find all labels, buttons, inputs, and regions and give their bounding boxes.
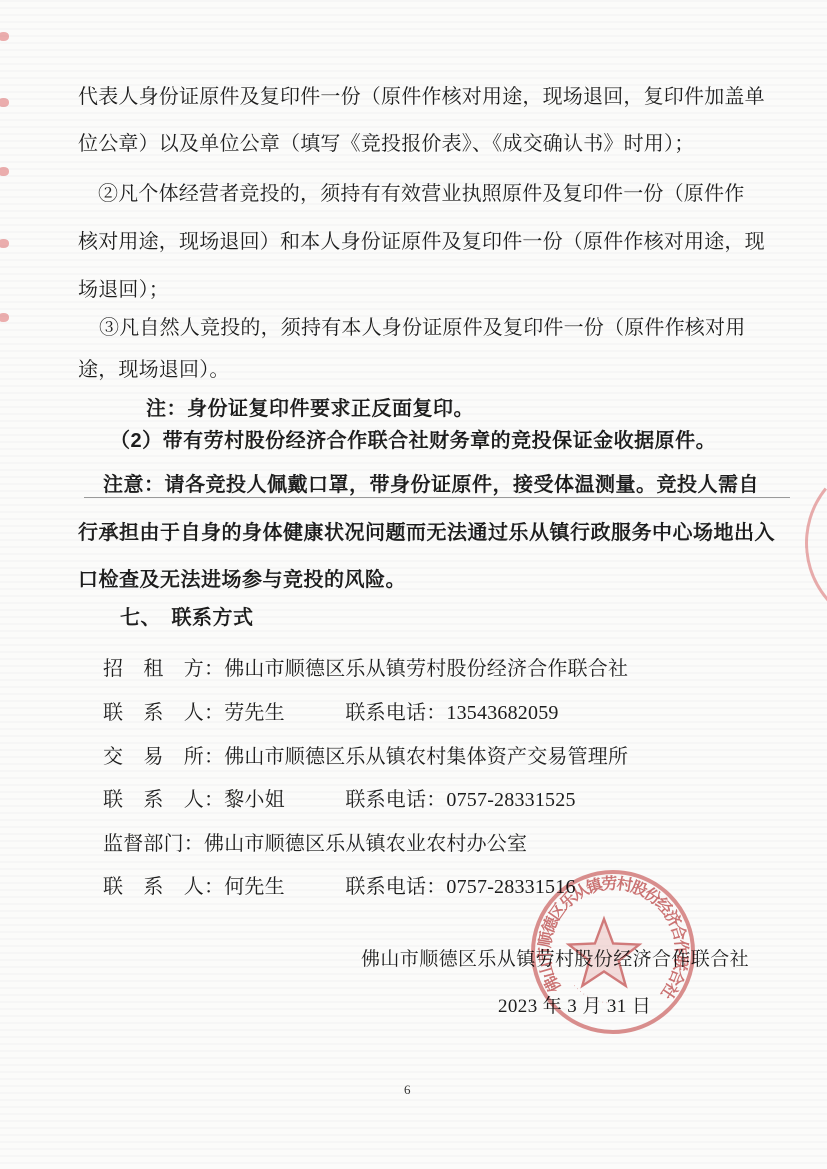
left-edge-red-mark: [0, 239, 9, 248]
para3-line2: 途，现场退回）。: [78, 357, 230, 383]
notice-underline: [84, 497, 790, 498]
notice-line2: 行承担由于自身的身体健康状况问题而无法通过乐从镇行政服务中心场地出入: [78, 520, 775, 546]
official-seal: 佛山市顺德区乐从镇劳村股份经济合作联合社 · · · · · · · · · ·…: [525, 864, 701, 1040]
para2-line1: ②凡个体经营者竞投的，须持有有效营业执照原件及复印件一份（原件作: [98, 181, 744, 207]
para2-line3: 场退回）；: [78, 277, 169, 303]
page-number: 6: [404, 1082, 411, 1098]
section-title-contact: 七、 联系方式: [120, 605, 254, 631]
contact-lessor: 招 租 方：佛山市顺德区乐从镇劳村股份经济合作联合社: [103, 656, 628, 682]
left-edge-red-mark: [0, 313, 9, 322]
contact-supervisor-person: 联 系 人：何先生 联系电话：0757-28331516: [103, 874, 576, 900]
para3-line1: ③凡自然人竞投的，须持有本人身份证原件及复印件一份（原件作核对用: [99, 315, 745, 341]
para2-line2: 核对用途，现场退回）和本人身份证原件及复印件一份（原件作核对用途，现: [78, 229, 765, 255]
seal-star-icon: [569, 919, 639, 986]
left-edge-red-mark: [0, 167, 9, 176]
notice-line3: 口检查及无法进场参与竞投的风险。: [78, 567, 406, 593]
para1-line2: 位公章）以及单位公章（填写《竞投报价表》、《成交确认书》时用）；: [78, 131, 694, 157]
seal-serial-marks: · · · · · · · · · · · · ·: [571, 983, 621, 1007]
contact-exchange: 交 易 所：佛山市顺德区乐从镇农村集体资产交易管理所: [103, 744, 628, 770]
contact-exchange-person: 联 系 人：黎小姐 联系电话：0757-28331525: [103, 787, 576, 813]
contact-supervisor: 监督部门：佛山市顺德区乐从镇农业农村办公室: [103, 831, 527, 857]
left-edge-red-mark: [0, 32, 9, 41]
contact-lessor-person: 联 系 人：劳先生 联系电话：13543682059: [103, 700, 559, 726]
note-line: 注：身份证复印件要求正反面复印。: [146, 396, 474, 422]
notice-line1: 注意：请各竞投人佩戴口罩，带身份证原件，接受体温测量。竞投人需自: [103, 472, 759, 498]
right-edge-seal-arc-artifact: [796, 446, 827, 639]
svg-text:· · · · · · · · · · · · ·: · · · · · · · · · · · · ·: [571, 983, 621, 1007]
receipt-line: （2）带有劳村股份经济合作联合社财务章的竞投保证金收据原件。: [110, 428, 716, 454]
para1-line1: 代表人身份证原件及复印件一份（原件作核对用途，现场退回，复印件加盖单: [78, 84, 765, 110]
left-edge-red-mark: [0, 98, 9, 107]
document-page: { "page": { "number": "6" }, "colors": {…: [0, 0, 827, 1169]
